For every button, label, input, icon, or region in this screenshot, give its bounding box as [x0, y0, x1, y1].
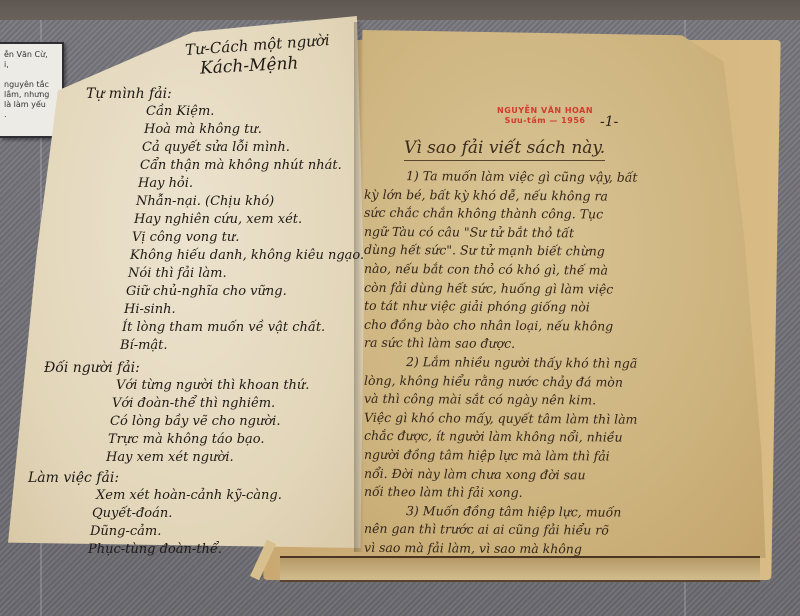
right-page-title: Vì sao fải viết sách này. [404, 138, 605, 161]
text-line: nào, nếu bắt con thỏ có khó gì, thế mà [364, 260, 704, 281]
list-item: Hay hỏi. [138, 176, 193, 191]
left-sheet-text: Tư-Cách một người Kách-Mệnh Tự mình fải:… [0, 0, 356, 532]
text-line: sức chắc chắn không thành công. Tục [364, 204, 704, 225]
list-item: Với đoàn-thể thì nghiêm. [112, 396, 275, 411]
text-line: và thì công mài sắt có ngày nên kim. [364, 390, 704, 411]
text-line: nổi. Đời này làm chưa xong đời sau [364, 464, 704, 485]
section-heading: Làm việc fải: [28, 470, 119, 486]
list-item: Xem xét hoàn-cảnh kỹ-càng. [96, 488, 282, 503]
list-item: Hay nghiên cứu, xem xét. [134, 212, 302, 227]
section-heading: Đối người fải: [44, 360, 140, 376]
list-item: Cần Kiệm. [146, 104, 214, 119]
text-line: nối theo làm thì fải xong. [364, 483, 704, 504]
stamp-date: Sưu-tầm — 1956 [497, 116, 593, 126]
text-line: 1) Ta muốn làm việc gì cũng vậy, bất [364, 167, 704, 188]
list-item: Hoà mà không tư. [144, 122, 262, 137]
text-line: 2) Lắm nhiều người thấy khó thì ngã [364, 353, 704, 374]
list-item: Không hiếu danh, không kiêu ngạo. [130, 248, 364, 263]
booklet-bottom-edge [280, 556, 760, 582]
list-item: Ít lòng tham muốn về vật chất. [122, 320, 325, 335]
sheet-title-line2: Kách-Mệnh [200, 53, 299, 78]
page-number: -1- [600, 114, 618, 130]
list-item: Hay xem xét người. [106, 450, 234, 465]
right-page-text: 1) Ta muốn làm việc gì cũng vậy, bất kỳ … [364, 168, 704, 558]
stamp-name: NGUYỄN VĂN HOAN [497, 106, 593, 116]
list-item: Bí-mật. [120, 338, 168, 353]
collector-stamp: NGUYỄN VĂN HOAN Sưu-tầm — 1956 [497, 106, 593, 126]
section-heading: Tự mình fải: [86, 86, 172, 102]
list-item: Quyết-đoán. [92, 506, 172, 521]
list-item: Trực mà không táo bạo. [108, 432, 265, 447]
list-item: Cẩn thận mà không nhút nhát. [140, 158, 342, 173]
list-item: Vị công vong tư. [132, 230, 239, 245]
text-line: dùng hết sức". Sư tử mạnh biết chừng [364, 241, 704, 262]
list-item: Có lòng bầy vẽ cho người. [110, 414, 280, 429]
text-line: ra sức thì làm sao được. [364, 334, 704, 355]
text-line: to tát như việc giải phóng giống nòi [364, 297, 704, 318]
text-line: chắc được, ít người làm không nổi, nhiều [364, 427, 704, 448]
list-item: Với từng người thì khoan thứ. [116, 378, 309, 393]
text-line: lòng, không hiểu rằng nước chảy đá mòn [364, 371, 704, 392]
list-item: Dũng-cảm. [90, 524, 161, 539]
list-item: Giữ chủ-nghĩa cho vững. [126, 284, 287, 299]
list-item: Nhẫn-nại. (Chịu khó) [136, 194, 274, 209]
text-line: người đồng tâm hiệp lực mà làm thì fải [364, 446, 704, 467]
list-item: Nói thì fải làm. [128, 266, 227, 281]
list-item: Cả quyết sửa lỗi mình. [142, 140, 290, 155]
list-item: Hi-sinh. [124, 302, 176, 317]
list-item: Phục-tùng đoàn-thể. [88, 542, 222, 557]
text-line: nên gan thì trước ai ai cũng fải hiểu rõ [364, 520, 704, 541]
text-line: vì sao mà fải làm, vì sao mà không [364, 539, 704, 560]
